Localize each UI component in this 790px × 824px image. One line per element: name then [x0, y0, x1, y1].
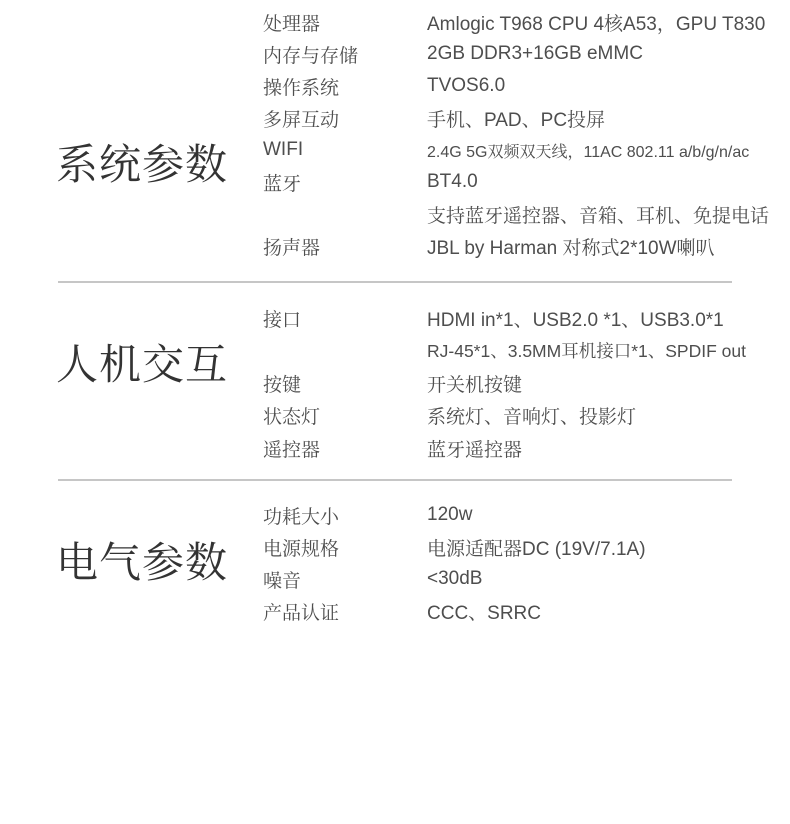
spec-row-noise: 噪音 <30dB [0, 563, 790, 595]
spec-value: BT4.0 [427, 171, 790, 193]
spec-value: 系统灯、音响灯、投影灯 [427, 402, 790, 429]
spec-value: 开关机按键 [427, 370, 790, 397]
spec-value: 蓝牙遥控器 [427, 435, 790, 462]
spec-value: Amlogic T968 CPU 4核A53，GPU T830 [427, 9, 790, 36]
spec-value: <30dB [427, 568, 790, 590]
spec-value: 电源适配器DC (19V/7.1A) [427, 534, 790, 561]
spec-value: CCC、SRRC [427, 598, 790, 625]
spec-label: 状态灯 [263, 402, 427, 429]
section-rows: 接口 HDMI in*1、USB2.0 *1、USB3.0*1 RJ-45*1、… [0, 282, 790, 465]
spec-label: 产品认证 [263, 598, 427, 625]
spec-label: 功耗大小 [263, 502, 427, 529]
spec-label: 遥控器 [263, 435, 427, 462]
spec-value: 2.4G 5G双频双天线，11AC 802.11 a/b/g/n/ac [427, 139, 790, 162]
spec-value: 手机、PAD、PC投屏 [427, 105, 790, 132]
spec-row-ports: 接口 HDMI in*1、USB2.0 *1、USB3.0*1 [0, 302, 790, 335]
spec-label: 电源规格 [263, 534, 427, 561]
spec-label: 扬声器 [263, 233, 427, 260]
spec-row-buttons: 按键 开关机按键 [0, 367, 790, 400]
spec-label: 操作系统 [263, 73, 427, 100]
spec-value: HDMI in*1、USB2.0 *1、USB3.0*1 [427, 305, 790, 332]
spec-value: 120w [427, 504, 790, 526]
spec-row-status-lights: 状态灯 系统灯、音响灯、投影灯 [0, 400, 790, 433]
spec-label: 内存与存储 [263, 41, 427, 68]
product-spec-sheet: 系统参数 处理器 Amlogic T968 CPU 4核A53，GPU T830… [0, 0, 790, 824]
spec-row-power-spec: 电源规格 电源适配器DC (19V/7.1A) [0, 531, 790, 563]
spec-value: 2GB DDR3+16GB eMMC [427, 43, 790, 65]
spec-row-processor: 处理器 Amlogic T968 CPU 4核A53，GPU T830 [0, 6, 790, 38]
spec-value: RJ-45*1、3.5MM耳机接口*1、SPDIF out [427, 338, 790, 363]
spec-label: WIFI [263, 139, 427, 161]
spec-row-wifi: WIFI 2.4G 5G双频双天线，11AC 802.11 a/b/g/n/ac [0, 134, 790, 166]
spec-row-bluetooth: 蓝牙 BT4.0 [0, 166, 790, 198]
spec-row-remote: 遥控器 蓝牙遥控器 [0, 432, 790, 465]
spec-label: 接口 [263, 305, 427, 332]
spec-row-multiscreen: 多屏互动 手机、PAD、PC投屏 [0, 102, 790, 134]
spec-value: TVOS6.0 [427, 75, 790, 97]
spec-row-ports-continued: RJ-45*1、3.5MM耳机接口*1、SPDIF out [0, 335, 790, 368]
spec-label: 按键 [263, 370, 427, 397]
spec-label: 多屏互动 [263, 105, 427, 132]
spec-value: 支持蓝牙遥控器、音箱、耳机、免提电话 [427, 201, 790, 228]
spec-label: 噪音 [263, 566, 427, 593]
spec-label: 蓝牙 [263, 169, 427, 196]
section-system-parameters: 系统参数 处理器 Amlogic T968 CPU 4核A53，GPU T830… [0, 0, 790, 282]
spec-row-bluetooth-support: 支持蓝牙遥控器、音箱、耳机、免提电话 [0, 198, 790, 230]
spec-row-power-consumption: 功耗大小 120w [0, 499, 790, 531]
spec-row-os: 操作系统 TVOS6.0 [0, 70, 790, 102]
spec-value: JBL by Harman 对称式2*10W喇叭 [427, 233, 790, 260]
section-rows: 功耗大小 120w 电源规格 电源适配器DC (19V/7.1A) 噪音 <30… [0, 480, 790, 627]
spec-row-memory-storage: 内存与存储 2GB DDR3+16GB eMMC [0, 38, 790, 70]
spec-row-certification: 产品认证 CCC、SRRC [0, 595, 790, 627]
section-electrical-parameters: 电气参数 功耗大小 120w 电源规格 电源适配器DC (19V/7.1A) 噪… [0, 480, 790, 680]
section-human-machine-interaction: 人机交互 接口 HDMI in*1、USB2.0 *1、USB3.0*1 RJ-… [0, 282, 790, 480]
spec-label: 处理器 [263, 9, 427, 36]
spec-row-speaker: 扬声器 JBL by Harman 对称式2*10W喇叭 [0, 230, 790, 262]
section-rows: 处理器 Amlogic T968 CPU 4核A53，GPU T830 内存与存… [0, 0, 790, 262]
